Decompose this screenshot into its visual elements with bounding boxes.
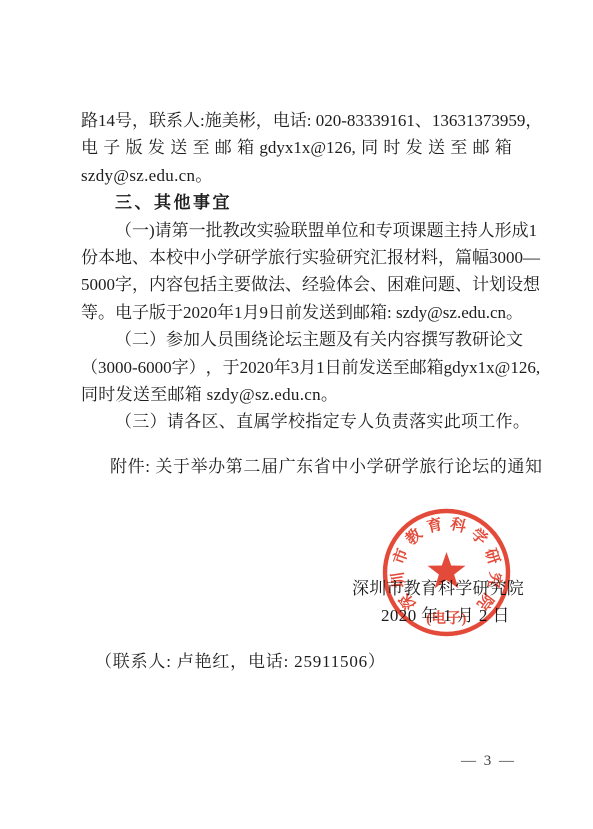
seal-electronic-label: (电子): [426, 609, 467, 627]
body-line: 份本地、本校中小学研学旅行实验研究汇报材料，篇幅3000—: [81, 244, 512, 271]
document-body: 路14号，联系人:施美彬，电话: 020-83339161、1363137395…: [81, 107, 512, 436]
seal-char: 圳: [388, 571, 408, 589]
page-number: — 3 —: [461, 753, 516, 770]
seal-char: 育: [425, 514, 445, 536]
seal-char: 究: [484, 571, 505, 590]
body-line: （3000-6000字），于2020年3月1日前发送至邮箱gdyx1x@126,: [81, 354, 512, 381]
seal-char: 科: [449, 514, 469, 536]
body-line: 三、其他事宜: [81, 189, 512, 216]
seal-char: 研: [481, 546, 503, 567]
body-line: （三）请各区、直属学校指定专人负责落实此项工作。: [81, 408, 512, 435]
body-line: （二）参加人员围绕论坛主题及有关内容撰写教研论文: [81, 326, 512, 353]
document-page: 路14号，联系人:施美彬，电话: 020-83339161、1363137395…: [0, 0, 593, 829]
seal-star-icon: [428, 552, 466, 588]
attachment-line: 附件: 关于举办第二届广东省中小学研学旅行论坛的通知: [110, 453, 543, 480]
contact-line: （联系人: 卢艳红，电话: 25911506）: [95, 647, 386, 672]
body-line: 同时发送至邮箱 szdy@sz.edu.cn。: [81, 381, 512, 408]
body-line: 电子版发送至邮箱gdyx1x@126,同时发送至邮箱: [81, 134, 512, 161]
official-seal-stamp: (电子) 深圳市教育科学研究院: [381, 507, 512, 638]
body-line: 路14号，联系人:施美彬，电话: 020-83339161、1363137395…: [81, 107, 512, 134]
body-line: 等。电子版于2020年1月9日前发送到邮箱: szdy@sz.edu.cn。: [81, 299, 512, 326]
body-line: szdy@sz.edu.cn。: [81, 162, 512, 189]
body-line: 5000字，内容包括主要做法、经验体会、困难问题、计划设想: [81, 271, 512, 298]
body-line: （一)请第一批教改实验联盟单位和专项课题主持人形成1: [81, 217, 512, 244]
